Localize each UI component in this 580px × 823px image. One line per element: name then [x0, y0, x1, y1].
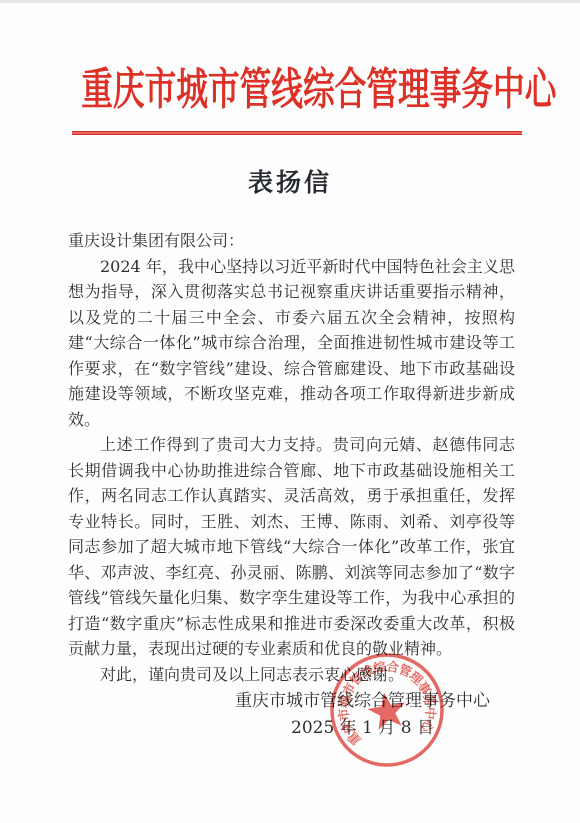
letterhead-org-name: 重庆市城市管线综合管理事务中心	[81, 64, 499, 116]
letter-title: 表扬信	[0, 168, 580, 198]
body-paragraph: 2024 年，我中心坚持以习近平新时代中国特色社会主义思想为指导，深入贯彻落实总…	[68, 254, 515, 433]
signature-block: 重庆市城市管线综合管理事务中心 2025 年 1 月 8 日	[235, 688, 490, 742]
body-paragraph: 上述工作得到了贵司大力支持。贵司向元婧、赵德伟同志长期借调我中心协助推进综合管廊…	[68, 432, 515, 662]
letterhead-divider	[72, 131, 522, 135]
body-paragraph: 对此，谨向贵司及以上同志表示衷心感谢。	[68, 662, 515, 688]
signature-date: 2025 年 1 月 8 日	[235, 715, 490, 742]
salutation: 重庆设计集团有限公司：	[68, 228, 515, 254]
signature-org-name: 重庆市城市管线综合管理事务中心	[235, 688, 490, 715]
letter-page: 重庆市城市管线综合管理事务中心 表扬信 重庆设计集团有限公司： 2024 年，我…	[0, 0, 580, 823]
scan-edge	[0, 0, 580, 3]
letter-body: 重庆设计集团有限公司： 2024 年，我中心坚持以习近平新时代中国特色社会主义思…	[68, 228, 515, 687]
